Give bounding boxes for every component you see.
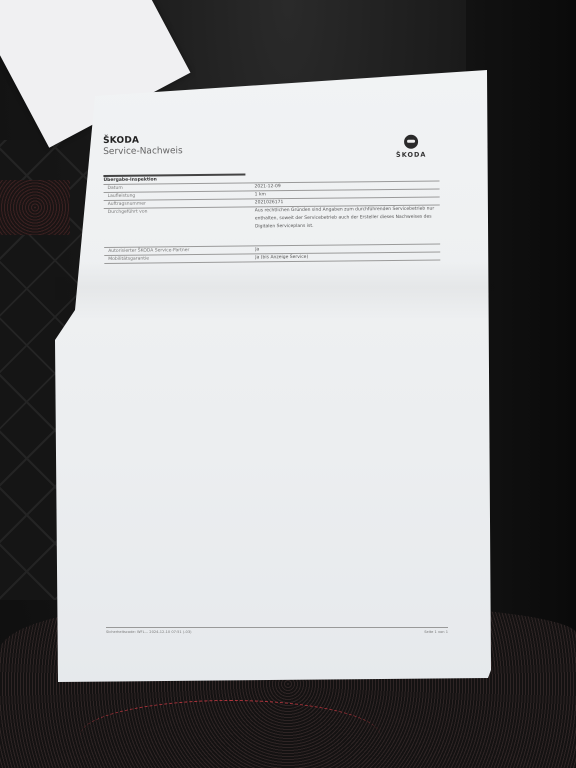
skoda-logo: ŠKODA [383, 134, 439, 159]
red-stitching [80, 700, 380, 768]
row-label: Durchgeführt von [104, 207, 255, 233]
service-record: ŠKODA Service-Nachweis ŠKODA Übergabe-In… [103, 132, 444, 264]
page-number: Seite 1 von 1 [424, 630, 448, 634]
row-value: Ja (bis Anzeige Service) [255, 252, 440, 261]
logo-wordmark: ŠKODA [383, 150, 439, 159]
security-code: Sicherheitscode: WFL… 2024-12-10 07:51 (… [106, 630, 192, 634]
section-title: Übergabe-Inspektion [103, 174, 245, 183]
row-value: Aus rechtlichen Gründen sind Angaben zum… [255, 205, 440, 231]
row-label: Mobilitätsgarantie [104, 254, 255, 263]
service-details-table: Datum 2021-12-09 Laufleistung 1 km Auftr… [104, 180, 441, 264]
skoda-arrow-icon [404, 135, 418, 149]
document-footer: Sicherheitscode: WFL… 2024-12-10 07:51 (… [106, 627, 448, 634]
table-row: Durchgeführt von Aus rechtlichen Gründen… [104, 204, 440, 233]
seat-fabric-insert [0, 180, 70, 235]
